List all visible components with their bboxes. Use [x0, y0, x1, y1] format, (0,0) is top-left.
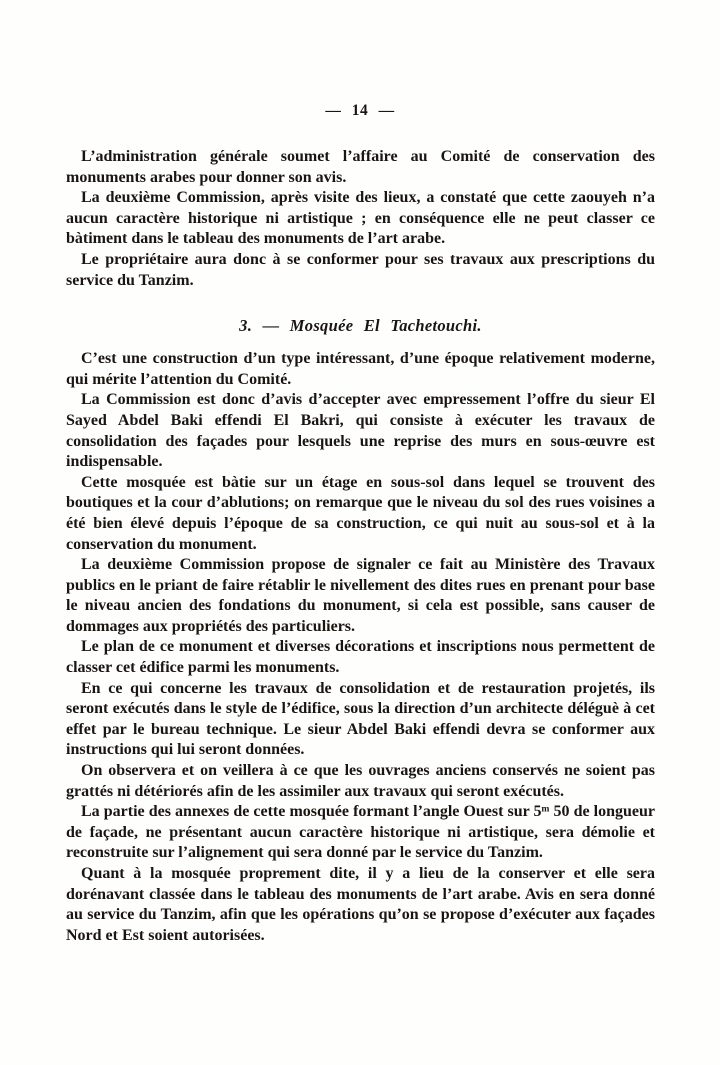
page-number: — 14 — — [0, 0, 720, 121]
paragraph: Le plan de ce monument et diverses décor… — [66, 637, 655, 678]
paragraph: La deuxième Commission propose de signal… — [66, 555, 655, 637]
paragraph: On observera et on veillera à ce que les… — [66, 761, 655, 802]
section-heading: 3. — Mosquée El Tachetouchi. — [66, 316, 655, 336]
paragraph: L’administration générale soumet l’affai… — [66, 147, 655, 188]
paragraph: La deuxième Commission, après visite des… — [66, 188, 655, 250]
paragraph: La Commission est donc d’avis d’accepter… — [66, 390, 655, 472]
paragraph: Cette mosquée est bàtie sur un étage en … — [66, 473, 655, 555]
section-paragraphs: C’est une construction d’un type intéres… — [66, 349, 655, 946]
paragraph: La partie des annexes de cette mosquée f… — [66, 802, 655, 864]
paragraph: En ce qui concerne les travaux de consol… — [66, 679, 655, 761]
paragraph: C’est une construction d’un type intéres… — [66, 349, 655, 390]
paragraph: Le propriétaire aura donc à se conformer… — [66, 250, 655, 291]
document-page: — 14 — L’administration générale soumet … — [0, 0, 720, 1065]
intro-paragraphs: L’administration générale soumet l’affai… — [66, 147, 655, 291]
page-content: L’administration générale soumet l’affai… — [66, 147, 655, 946]
paragraph: Quant à la mosquée proprement dite, il y… — [66, 864, 655, 946]
